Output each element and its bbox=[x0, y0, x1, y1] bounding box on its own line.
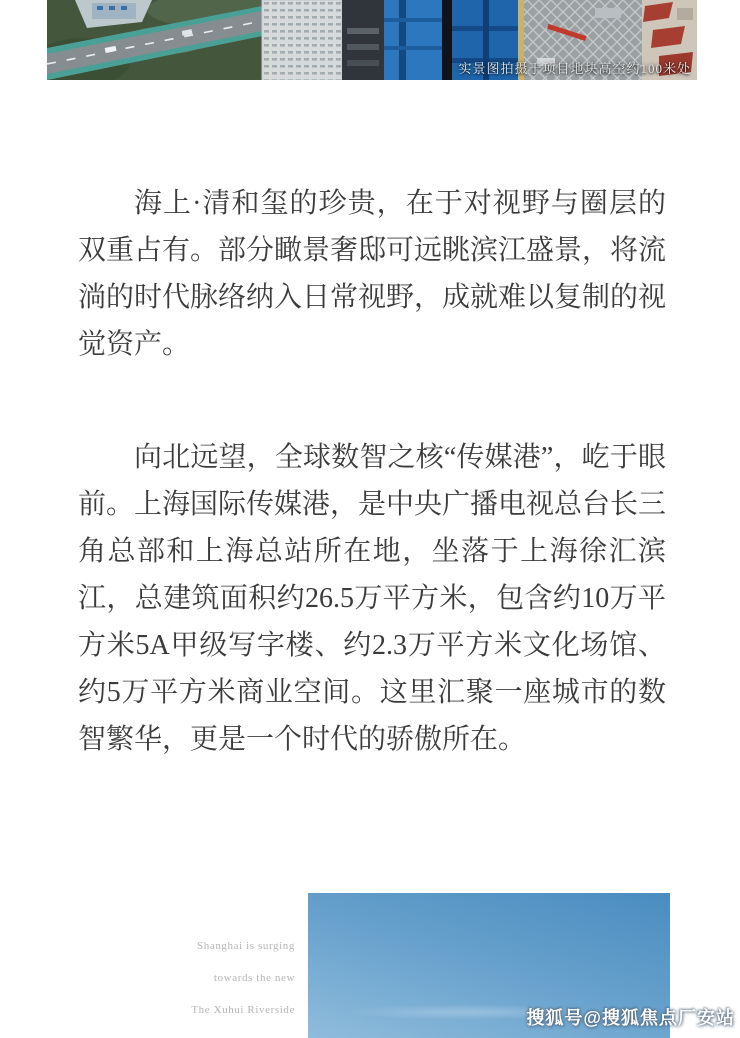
article-body: 海上·清和玺的珍贵，在于对视野与圈层的双重占有。部分瞰景奢邸可远眺滨江盛景，将流… bbox=[78, 180, 666, 763]
article-paragraph-1: 海上·清和玺的珍贵，在于对视野与圈层的双重占有。部分瞰景奢邸可远眺滨江盛景，将流… bbox=[78, 180, 666, 368]
article-paragraph-2: 向北远望，全球数智之核“传媒港”，屹于眼前。上海国际传媒港，是中央广播电视总台长… bbox=[78, 434, 666, 763]
tagline-line-1: Shanghai is surging bbox=[0, 941, 295, 952]
hero-photo-caption: 实景图拍摄于项目地块高空约100米处 bbox=[458, 58, 691, 77]
tagline-line-2: towards the new bbox=[0, 973, 295, 984]
tagline-line-3: The Xuhui Riverside bbox=[0, 1005, 295, 1016]
english-tagline: Shanghai is surging towards the new The … bbox=[0, 941, 295, 1037]
article-page: 实景图拍摄于项目地块高空约100米处 海上·清和玺的珍贵，在于对视野与圈层的双重… bbox=[0, 0, 740, 1038]
sohu-watermark: 搜狐号@搜狐焦点厂安站 bbox=[526, 1004, 735, 1030]
hero-photo: 实景图拍摄于项目地块高空约100米处 bbox=[47, 0, 697, 80]
